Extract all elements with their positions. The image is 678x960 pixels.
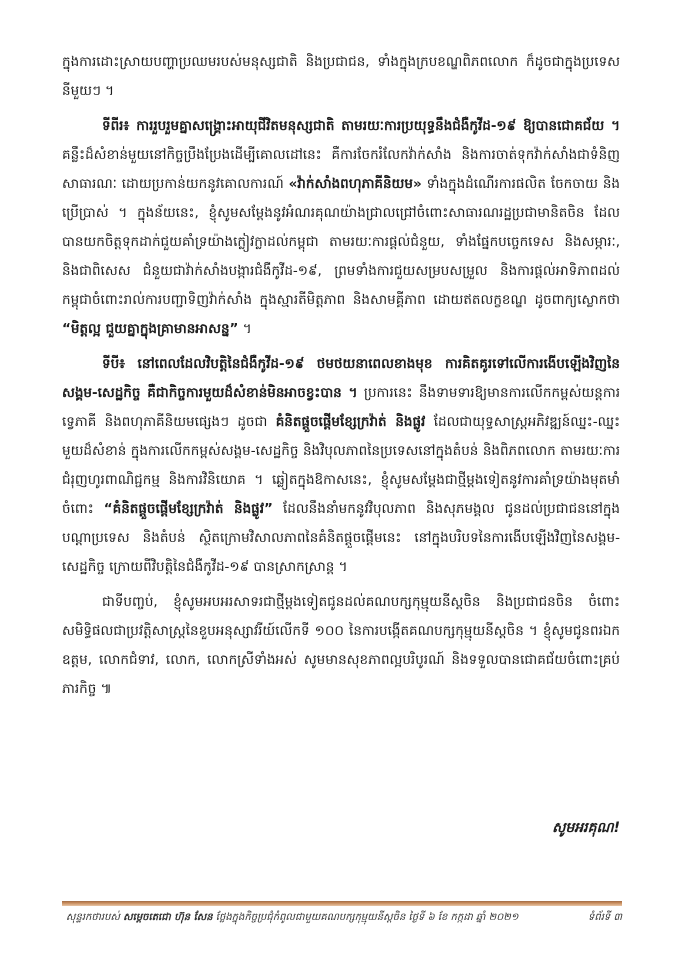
paragraph-intro-continuation: ក្នុងការដោះស្រាយបញ្ហាប្រឈមរបស់មនុស្សជាតិ… xyxy=(62,48,620,106)
closing-thanks: សូមអរគុណ! xyxy=(552,818,620,839)
body-text: ។ xyxy=(238,321,251,337)
page-footer: សុន្ទរកថារបស់ សម្តេចតេជោ ហ៊ុន សែន ថ្លែងក… xyxy=(66,910,622,925)
emphasized-text: «វ៉ាក់សាំងពហុភាគីនិយម» xyxy=(289,176,422,192)
page-number: ទំព័រទី ៣ xyxy=(588,910,622,925)
emphasized-text: គំនិតផ្តួចផ្តើមខ្សែក្រវ៉ាត់ និងផ្លូវ xyxy=(276,414,426,430)
footer-speaker: សម្តេចតេជោ ហ៊ុន សែន xyxy=(123,912,212,923)
footer-divider xyxy=(62,901,622,906)
emphasized-text: “មិត្តល្អ ជួយគ្នាក្នុងគ្រាមានអាសន្ន” xyxy=(62,321,238,337)
paragraph-conclusion: ជាទីបញ្ចប់, ខ្ញុំសូមអបអរសាទរជាថ្មីម្តងទៀ… xyxy=(62,588,620,704)
emphasized-text: ទីពីរ៖ ការរួបរួមគ្នាសង្គ្រោះអាយុជីវិតមនុ… xyxy=(102,118,620,134)
body-text: ក្នុងការដោះស្រាយបញ្ហាប្រឈមរបស់មនុស្សជាតិ… xyxy=(62,54,620,99)
emphasized-text: “គំនិតផ្តួចផ្តើមខ្សែក្រវ៉ាត់ និងផ្លូវ” xyxy=(104,501,273,517)
document-body: ក្នុងការដោះស្រាយបញ្ហាប្រឈមរបស់មនុស្សជាតិ… xyxy=(62,48,620,710)
footer-suffix: ថ្លែងក្នុងកិច្ចប្រជុំកំពូលជាមួយគណបក្សកុម… xyxy=(213,912,519,923)
paragraph-second-point: ទីពីរ៖ ការរួបរួមគ្នាសង្គ្រោះអាយុជីវិតមនុ… xyxy=(62,112,620,344)
footer-prefix: សុន្ទរកថារបស់ xyxy=(66,912,123,923)
body-text: ទាំងក្នុងដំណើរការផលិត ចែកចាយ និងប្រើប្រា… xyxy=(62,176,620,308)
body-text: ជាទីបញ្ចប់, ខ្ញុំសូមអបអរសាទរជាថ្មីម្តងទៀ… xyxy=(62,594,620,697)
paragraph-third-point: ទីបី៖ នៅពេលដែលវិបត្តិនៃជំងឺកូវីដ-១៩ ថមថយ… xyxy=(62,350,620,582)
footer-caption: សុន្ទរកថារបស់ សម្តេចតេជោ ហ៊ុន សែន ថ្លែងក… xyxy=(66,910,518,925)
